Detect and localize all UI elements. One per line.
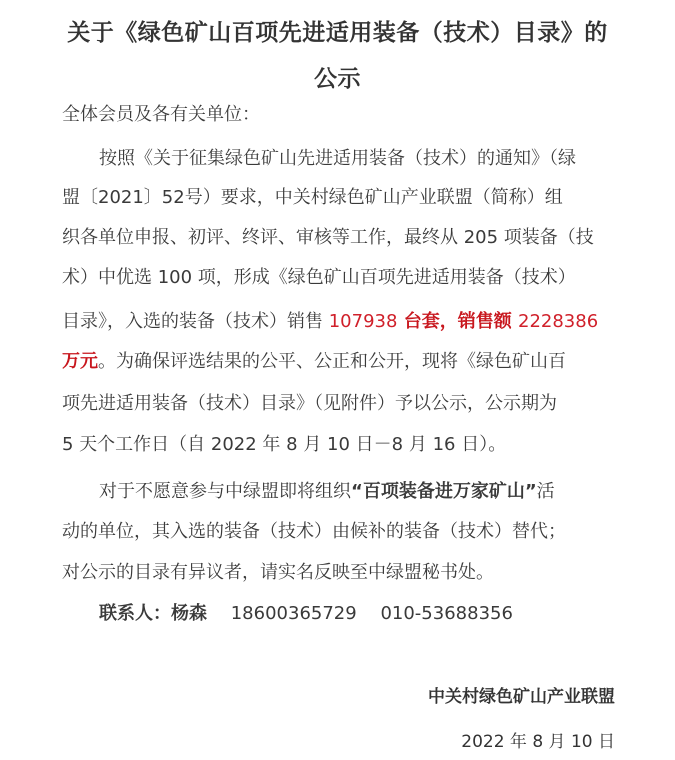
paragraph2-line1: 对于不愿意参与中绿盟即将组织“百项装备进万家矿山”活 xyxy=(99,480,659,504)
paragraph1-line5: 目录》，入选的装备（技术）销售 107938 台套，销售额 2228386 xyxy=(62,310,622,334)
paragraph1-line3: 织各单位申报、初评、终评、审核等工作，最终从 205 项装备（技 xyxy=(62,226,622,250)
paragraph1-line7: 项先进适用装备（技术）目录》（见附件）予以公示，公示期为 xyxy=(62,392,622,416)
sales-units-value: 107938 xyxy=(329,311,398,332)
announcement-document: 关于《绿色矿山百项先进适用装备（技术）目录》的 公示 全体会员及各有关单位： 按… xyxy=(0,0,675,760)
paragraph2-line3: 对公示的目录有异议者，请实名反映至中绿盟秘书处。 xyxy=(62,561,622,585)
amount-unit: 万元 xyxy=(62,351,98,372)
contact-phone: 010-53688356 xyxy=(380,603,512,624)
paragraph1-line2: 盟〔2021〕52号）要求，中关村绿色矿山产业联盟（简称）组 xyxy=(62,186,622,210)
paragraph1-line8: 5 天个工作日（自 2022 年 8 月 10 日－8 月 16 日）。 xyxy=(62,433,622,457)
contact-name: 杨森 xyxy=(171,603,207,624)
contact-mobile: 18600365729 xyxy=(231,603,357,624)
activity-name: “百项装备进万家矿山” xyxy=(351,481,537,502)
title-line-2: 公示 xyxy=(0,60,675,93)
p2-prefix: 对于不愿意参与中绿盟即将组织 xyxy=(99,481,351,502)
signature-date: 2022 年 8 月 10 日 xyxy=(461,727,615,752)
title-line-1: 关于《绿色矿山百项先进适用装备（技术）目录》的 xyxy=(0,14,675,47)
salutation: 全体会员及各有关单位： xyxy=(62,103,622,127)
sales-amount-value: 2228386 xyxy=(518,311,598,332)
paragraph1-line1: 按照《关于征集绿色矿山先进适用装备（技术）的通知》（绿 xyxy=(99,147,659,171)
paragraph1-line6: 万元。为确保评选结果的公平、公正和公开，现将《绿色矿山百 xyxy=(62,350,622,374)
p2-suffix: 活 xyxy=(537,481,555,502)
paragraph2-line2: 动的单位，其入选的装备（技术）由候补的装备（技术）替代； xyxy=(62,520,622,544)
units-label: 台套，销售额 xyxy=(397,311,518,332)
paragraph1-line4: 术）中优选 100 项，形成《绿色矿山百项先进适用装备（技术） xyxy=(62,266,622,290)
line5-prefix: 目录》，入选的装备（技术）销售 xyxy=(62,311,329,332)
contact-line: 联系人：杨森 18600365729 010-53688356 xyxy=(99,602,659,626)
signature-organization: 中关村绿色矿山产业联盟 xyxy=(428,682,615,707)
line6-rest: 。为确保评选结果的公平、公正和公开，现将《绿色矿山百 xyxy=(98,351,566,372)
contact-label: 联系人： xyxy=(99,603,171,624)
